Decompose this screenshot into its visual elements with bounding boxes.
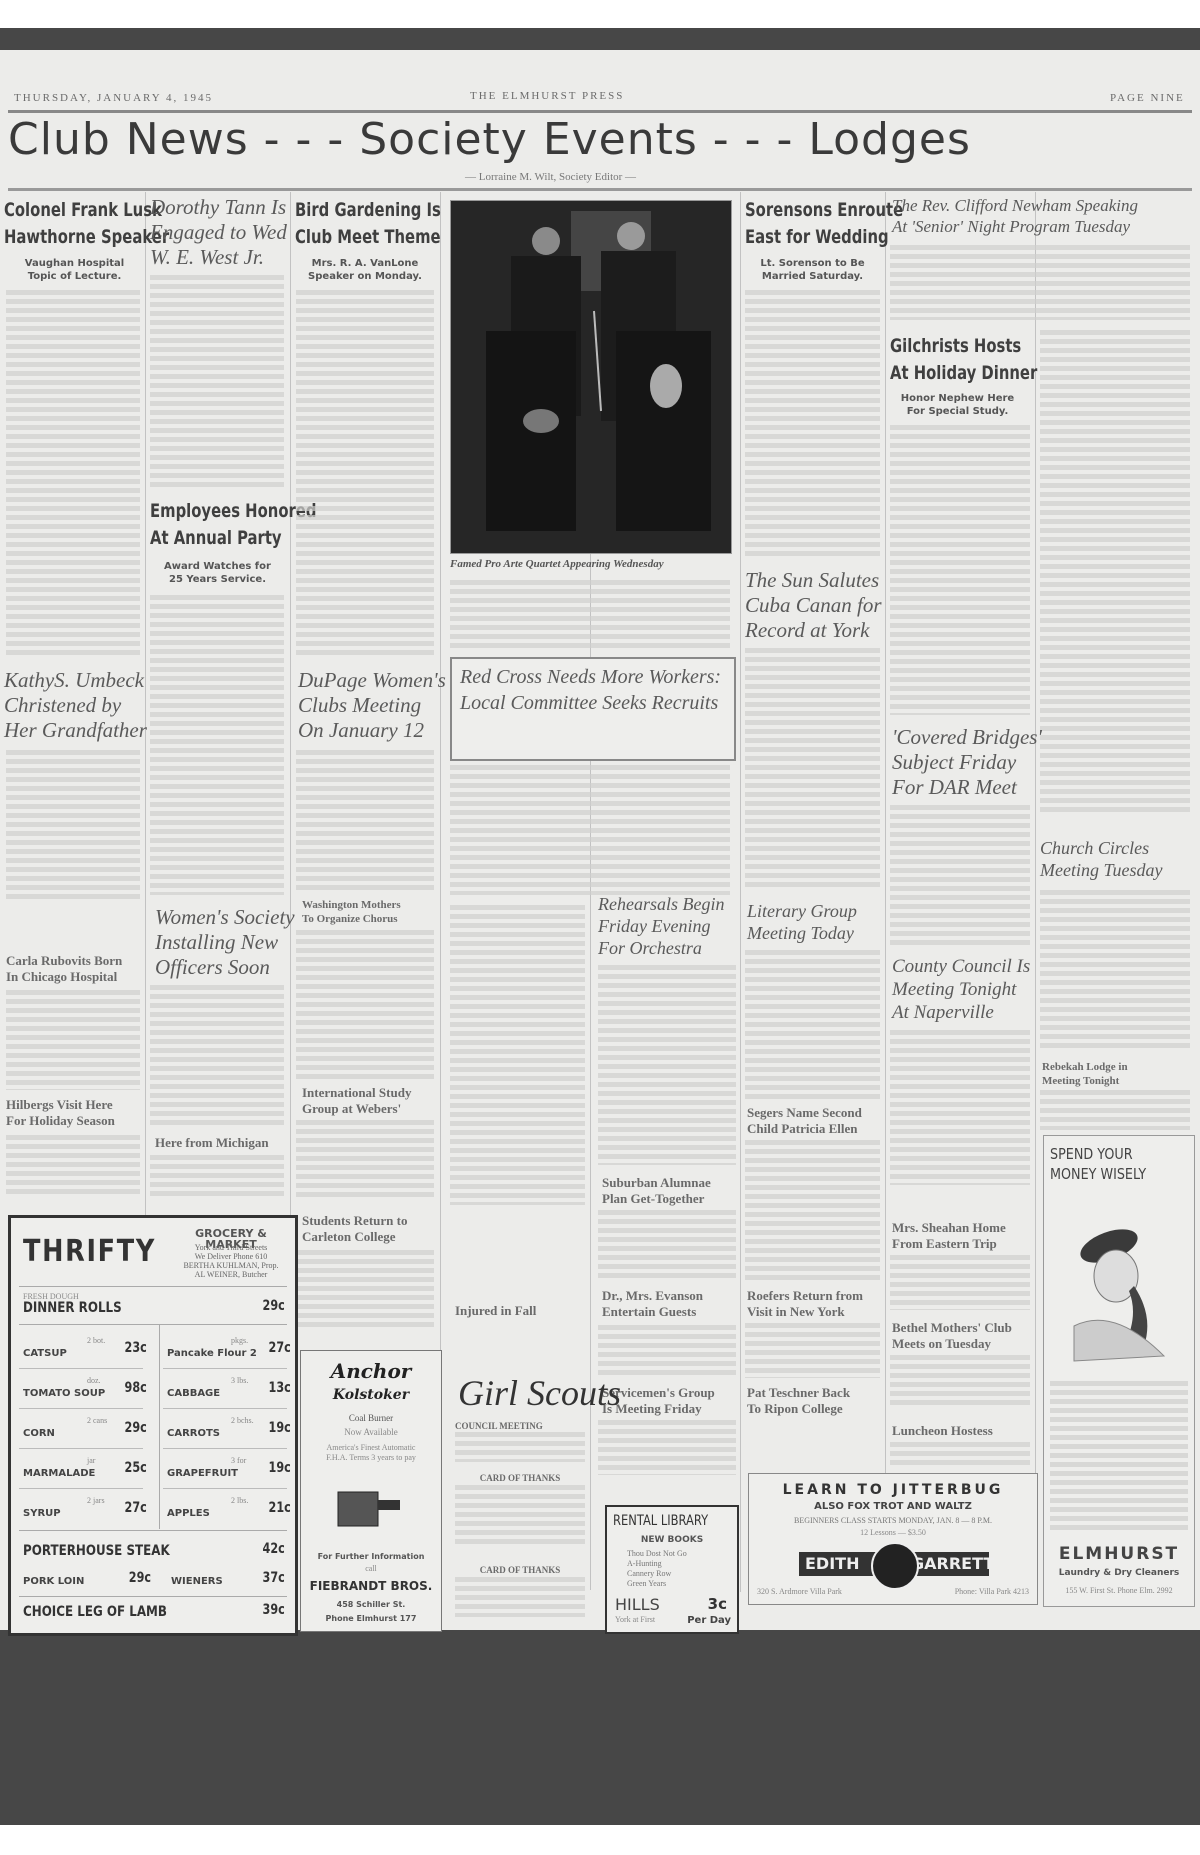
- article-kathy: KathyS. Umbeck Christened by Her Grandfa…: [4, 668, 147, 743]
- item-price: 19c: [269, 1460, 291, 1476]
- subhead-bird: Mrs. R. A. VanLoneSpeaker on Monday.: [300, 257, 430, 283]
- item-price: 29c: [125, 1420, 147, 1436]
- item-name: APPLES: [167, 1508, 210, 1519]
- item-qty: 2 bot.: [87, 1336, 105, 1345]
- article-rehearsals: Rehearsals Begin Friday Evening For Orch…: [598, 893, 724, 959]
- article-injured: Injured in Fall: [455, 1303, 536, 1319]
- article-intl-study: International Study Group at Webers': [302, 1085, 411, 1117]
- grocery-item: CARROTS2 bchs.19c: [167, 1410, 291, 1446]
- item-price: 13c: [269, 1380, 291, 1396]
- rental-library-ad: RENTAL LIBRARY NEW BOOKS Thou Dost Not G…: [605, 1505, 739, 1634]
- scan-border-bottom: [0, 1625, 1200, 1825]
- card-of-thanks-1: CARD OF THANKS: [455, 1470, 585, 1486]
- article-womens-society: Women's Society Installing New Officers …: [155, 905, 295, 980]
- society-editor-byline: — Lorraine M. Wilt, Society Editor —: [465, 171, 636, 183]
- article-sun-salutes: The Sun Salutes Cuba Canan for Record at…: [745, 568, 882, 643]
- headline: Hawthorne Speaker: [4, 224, 169, 251]
- jitterbug-ad: LEARN TO JITTERBUG ALSO FOX TROT AND WAL…: [748, 1473, 1038, 1605]
- quartet-photo: [450, 200, 732, 554]
- article-carla: Carla Rubovits Born In Chicago Hospital: [6, 953, 122, 985]
- grocery-item: GRAPEFRUIT3 for19c: [167, 1450, 291, 1486]
- subhead-lusk: Vaughan HospitalTopic of Lecture.: [12, 257, 137, 283]
- article-bethel: Bethel Mothers' Club Meets on Tuesday: [892, 1320, 1012, 1352]
- item-price: 27c: [125, 1500, 147, 1516]
- item-qty: jar: [87, 1456, 95, 1465]
- article-tann: Dorothy Tann Is Engaged to Wed W. E. Wes…: [150, 195, 287, 270]
- subhead-sorensons: Lt. Sorenson to BeMarried Saturday.: [745, 257, 880, 283]
- card-of-thanks-2: CARD OF THANKS: [455, 1562, 585, 1578]
- grocery-item: SYRUP2 jars27c: [23, 1490, 147, 1526]
- subhead-employees: Award Watches for25 Years Service.: [150, 560, 285, 586]
- item-qty: 2 lbs.: [231, 1496, 248, 1505]
- item-price: 19c: [269, 1420, 291, 1436]
- grocery-item: CABBAGE3 lbs.13c: [167, 1370, 291, 1406]
- item-name: SYRUP: [23, 1508, 61, 1519]
- article-rebekah: Rebekah Lodge in Meeting Tonight: [1042, 1060, 1128, 1088]
- girl-scouts-logo: Girl Scouts: [458, 1372, 621, 1414]
- item-name: Pancake Flour 2: [167, 1348, 257, 1359]
- folio-date: THURSDAY, JANUARY 4, 1945: [14, 92, 213, 104]
- item-name: CABBAGE: [167, 1388, 220, 1399]
- article-suburban: Suburban Alumnae Plan Get-Together: [602, 1175, 711, 1207]
- item-qty: doz.: [87, 1376, 101, 1385]
- grocery-item: APPLES2 lbs.21c: [167, 1490, 291, 1526]
- headline: Colonel Frank Lusk: [4, 197, 169, 224]
- article-teschner: Pat Teschner Back To Ripon College: [747, 1385, 850, 1417]
- item-name: CARROTS: [167, 1428, 220, 1439]
- dancer-icon: [871, 1542, 919, 1590]
- article-dupage: DuPage Women's Clubs Meeting On January …: [298, 668, 446, 743]
- newspaper-page: THURSDAY, JANUARY 4, 1945 THE ELMHURST P…: [0, 50, 1200, 1630]
- grocery-item: CORN2 cans29c: [23, 1410, 147, 1446]
- article-luncheon: Luncheon Hostess: [892, 1423, 993, 1439]
- item-price: 21c: [269, 1500, 291, 1516]
- stoker-icon: [336, 1486, 406, 1531]
- item-qty: 3 for: [231, 1456, 246, 1465]
- red-cross-box: Red Cross Needs More Workers: Local Comm…: [450, 657, 736, 761]
- article-literary: Literary Group Meeting Today: [747, 900, 857, 944]
- article-hilbergs: Hilbergs Visit Here For Holiday Season: [6, 1097, 115, 1129]
- elmhurst-laundry-ad: SPEND YOURMONEY WISELY ELMHURST Laundry …: [1043, 1135, 1195, 1607]
- article-evanson: Dr., Mrs. Evanson Entertain Guests: [602, 1288, 703, 1320]
- anchor-kolstoker-ad: Anchor Kolstoker Coal Burner Now Availab…: [300, 1350, 442, 1632]
- woman-illustration: [1054, 1206, 1184, 1366]
- thrifty-logo: THRIFTY: [23, 1234, 156, 1269]
- item-qty: pkgs.: [231, 1336, 248, 1345]
- grocery-item: CATSUP2 bot.23c: [23, 1330, 147, 1366]
- item-name: GRAPEFRUIT: [167, 1468, 238, 1479]
- grocery-item: Pancake Flour 2pkgs.27c: [167, 1330, 291, 1366]
- grocery-item: MARMALADEjar25c: [23, 1450, 147, 1486]
- grocery-item: TOMATO SOUPdoz.98c: [23, 1370, 147, 1406]
- item-name: TOMATO SOUP: [23, 1388, 105, 1399]
- article-sheahan: Mrs. Sheahan Home From Eastern Trip: [892, 1220, 1006, 1252]
- item-price: 27c: [269, 1340, 291, 1356]
- article-segers: Segers Name Second Child Patricia Ellen: [747, 1105, 862, 1137]
- item-price: 98c: [125, 1380, 147, 1396]
- item-qty: 3 lbs.: [231, 1376, 248, 1385]
- folio-paper-name: THE ELMHURST PRESS: [470, 90, 624, 102]
- item-name: CATSUP: [23, 1348, 67, 1359]
- photo-caption: Famed Pro Arte Quartet Appearing Wednesd…: [450, 558, 664, 570]
- thrifty-grocery-ad: THRIFTY GROCERY & MARKET York and Third …: [8, 1215, 298, 1636]
- article-covered-bridges: 'Covered Bridges' Subject Friday For DAR…: [892, 725, 1042, 800]
- article-roefers: Roefers Return from Visit in New York: [747, 1288, 863, 1320]
- item-price: 23c: [125, 1340, 147, 1356]
- item-name: MARMALADE: [23, 1468, 95, 1479]
- item-qty: 2 jars: [87, 1496, 105, 1505]
- item-name: CORN: [23, 1428, 55, 1439]
- article-michigan: Here from Michigan: [155, 1135, 269, 1151]
- subhead-gilchrists: Honor Nephew HereFor Special Study.: [890, 392, 1025, 418]
- article-church-circles: Church Circles Meeting Tuesday: [1040, 837, 1162, 881]
- article-students: Students Return to Carleton College: [302, 1213, 407, 1245]
- article-county-council: County Council Is Meeting Tonight At Nap…: [892, 955, 1030, 1024]
- quartet-photo-image: [451, 201, 731, 553]
- item-qty: 2 cans: [87, 1416, 107, 1425]
- folio-page: PAGE NINE: [1110, 92, 1185, 104]
- item-price: 25c: [125, 1460, 147, 1476]
- article-newham: The Rev. Clifford Newham Speaking At 'Se…: [892, 195, 1138, 237]
- article-washington: Washington Mothers To Organize Chorus: [302, 898, 401, 926]
- item-qty: 2 bchs.: [231, 1416, 254, 1425]
- section-banner: Club News - - - Society Events - - - Lod…: [8, 114, 971, 165]
